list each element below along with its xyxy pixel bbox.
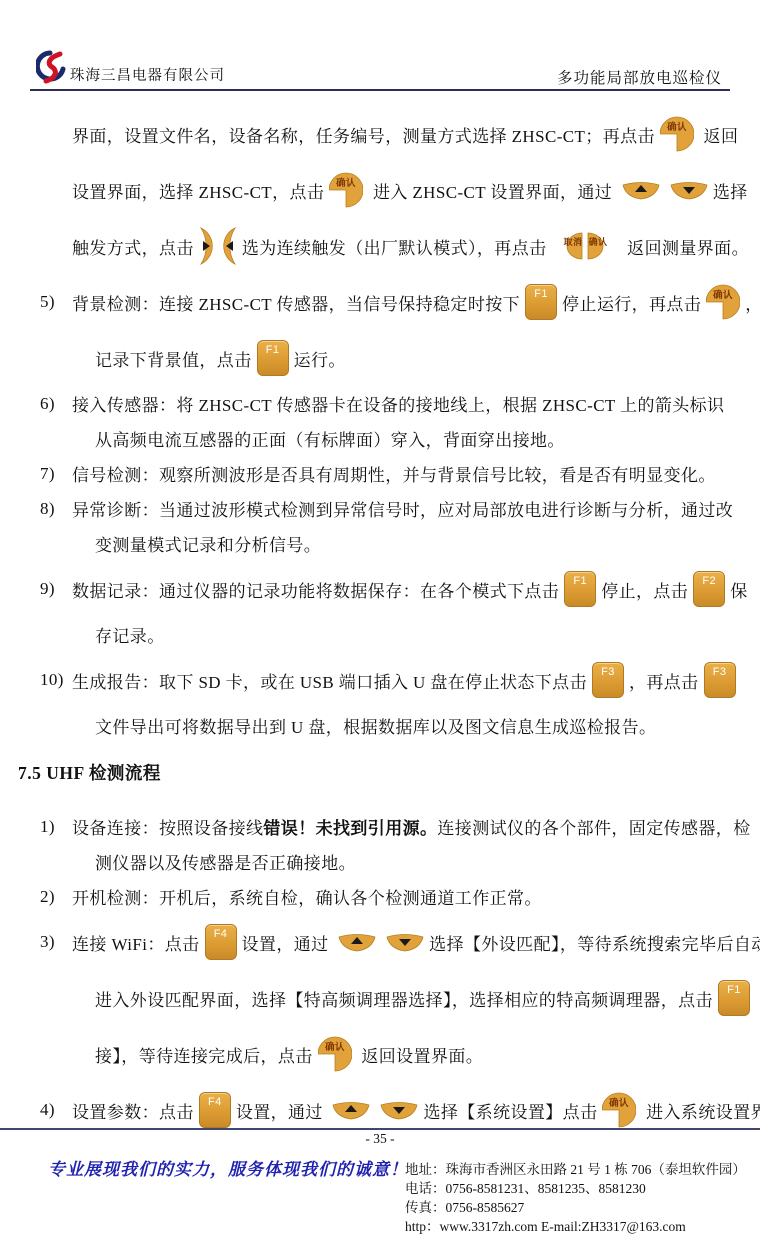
text-line: 从高频电流互感器的正面（有标牌面）穿入，背面穿出接地。 <box>0 421 760 456</box>
list-number: 5) <box>40 292 55 312</box>
company-logo-icon <box>36 50 66 91</box>
body-text: 从高频电流互感器的正面（有标牌面）穿入，背面穿出接地。 <box>95 426 565 451</box>
svg-text:确认: 确认 <box>588 236 607 247</box>
contact-phone: 电话：0756-8581231、8581235、8581230 <box>405 1179 746 1198</box>
contact-address: 地址：珠海市香洲区永田路 21 号 1 栋 706（泰坦软件园） <box>405 1160 746 1179</box>
list-item-line: 7)信号检测：观察所测波形是否具有周期性，并与背景信号比较，看是否有明显变化。 <box>0 456 760 491</box>
list-number: 10) <box>40 670 64 690</box>
body-text: 【连 <box>755 986 760 1011</box>
up-arrow-button-icon[interactable] <box>622 180 660 200</box>
body-text: 接入传感器：将 ZHSC-CT 传感器卡在设备的接地线上，根据 ZHSC-CT … <box>72 391 724 416</box>
body-text: 生成报告：取下 SD 卡，或在 USB 端口插入 U 盘在停止状态下点击 <box>72 668 587 693</box>
f1-key-icon[interactable]: F1 <box>257 340 289 376</box>
text-line: 记录下背景值，点击F1运行。 <box>0 330 760 386</box>
body-text: 返回测量界面。 <box>623 234 749 259</box>
body-text: 存记录。 <box>95 622 165 647</box>
list-number: 3) <box>40 932 55 952</box>
left-arrow-button-icon[interactable] <box>223 227 237 265</box>
text-line: 触发方式，点击 选为连续触发（出厂默认模式），再点击 取消 确认 返回测量界面。 <box>0 218 760 274</box>
cancel-confirm-buttons-icon[interactable]: 取消 确认 <box>552 231 618 261</box>
list-item-line: 6)接入传感器：将 ZHSC-CT 传感器卡在设备的接地线上，根据 ZHSC-C… <box>0 386 760 421</box>
body-text: 测仪器以及传感器是否正确接地。 <box>95 849 356 874</box>
text-line: 存记录。 <box>0 617 760 652</box>
body-text: 选择【外设匹配】，等待系统搜索完毕后自动 <box>429 930 760 955</box>
body-text: 开机检测：开机后，系统自检，确认各个检测通道工作正常。 <box>72 884 542 909</box>
body-text: ， <box>745 290 760 315</box>
text-line: 文件导出可将数据导出到 U 盘，根据数据库以及图文信息生成巡检报告。 <box>0 708 760 743</box>
text-line: 设置界面，选择 ZHSC-CT，点击 确认 进入 ZHSC-CT 设置界面，通过… <box>0 162 760 218</box>
body-text: 保 <box>730 577 747 602</box>
body-text: 返回 <box>699 122 738 147</box>
company-name: 珠海三昌电器有限公司 <box>70 64 225 85</box>
list-item-line: 5)背景检测：连接 ZHSC-CT 传感器，当信号保持稳定时按下F1停止运行，再… <box>0 274 760 330</box>
down-arrow-button-icon[interactable] <box>386 932 424 952</box>
header-divider <box>30 89 730 91</box>
list-number: 1) <box>40 817 55 837</box>
confirm-button-icon[interactable]: 确认 <box>602 1092 636 1128</box>
text-line: 测仪器以及传感器是否正确接地。 <box>0 844 760 879</box>
list-item-line: 8)异常诊断：当通过波形模式检测到异常信号时，应对局部放电进行诊断与分析，通过改 <box>0 491 760 526</box>
down-arrow-button-icon[interactable] <box>380 1100 418 1120</box>
list-item-line: 10)生成报告：取下 SD 卡，或在 USB 端口插入 U 盘在停止状态下点击F… <box>0 652 760 708</box>
body-text: 进入外设匹配界面，选择【特高频调理器选择】，选择相应的特高频调理器，点击 <box>95 986 713 1011</box>
body-text: 设备连接：按照设备接线 <box>72 814 263 839</box>
text-line: 变测量模式记录和分析信号。 <box>0 526 760 561</box>
body-text: 背景检测：连接 ZHSC-CT 传感器，当信号保持稳定时按下 <box>72 290 520 315</box>
confirm-button-icon[interactable]: 确认 <box>660 116 694 152</box>
text-line: 进入外设匹配界面，选择【特高频调理器选择】，选择相应的特高频调理器，点击F1【连 <box>0 970 760 1026</box>
list-item-line: 2)开机检测：开机后，系统自检，确认各个检测通道工作正常。 <box>0 879 760 914</box>
body-text: 选为连续触发（出厂默认模式），再点击 <box>242 234 547 259</box>
body-text: 接】，等待连接完成后，点击 <box>95 1042 313 1067</box>
svg-text:确认: 确认 <box>610 1097 630 1109</box>
body-text: 连接 WiFi：点击 <box>72 930 200 955</box>
f4-key-icon[interactable]: F4 <box>199 1092 231 1128</box>
list-item-line: 3)连接 WiFi：点击F4设置，通过 选择【外设匹配】，等待系统搜索完毕后自动 <box>0 914 760 970</box>
svg-text:确认: 确认 <box>336 177 356 189</box>
f3-key-icon[interactable]: F3 <box>704 662 736 698</box>
body-text: 选择 <box>713 178 748 203</box>
svg-text:取消: 取消 <box>563 236 582 247</box>
body-text: 变测量模式记录和分析信号。 <box>95 531 321 556</box>
list-number: 4) <box>40 1100 55 1120</box>
svg-text:确认: 确认 <box>713 289 733 301</box>
body-text: 设置界面，选择 ZHSC-CT，点击 <box>72 178 324 203</box>
f1-key-icon[interactable]: F1 <box>564 571 596 607</box>
confirm-button-icon[interactable]: 确认 <box>318 1036 352 1072</box>
f1-key-icon[interactable]: F1 <box>525 284 557 320</box>
footer-divider <box>0 1128 760 1130</box>
list-number: 8) <box>40 499 55 519</box>
body-text: 停止，点击 <box>601 577 688 602</box>
body-text: 记录下背景值，点击 <box>95 346 252 371</box>
body-text: 信号检测：观察所测波形是否具有周期性，并与背景信号比较，看是否有明显变化。 <box>72 461 716 486</box>
confirm-button-icon[interactable]: 确认 <box>706 284 740 320</box>
right-arrow-button-icon[interactable] <box>199 227 213 265</box>
up-arrow-button-icon[interactable] <box>338 932 376 952</box>
section-heading: 7.5 UHF 检测流程 <box>0 757 760 789</box>
f4-key-icon[interactable]: F4 <box>205 924 237 960</box>
bold-text: 错误！未找到引用源。 <box>263 814 437 839</box>
body-text: ，再点击 <box>629 668 699 693</box>
list-item-line: 9)数据记录：通过仪器的记录功能将数据保存：在各个模式下点击F1停止，点击F2保 <box>0 561 760 617</box>
contact-fax: 传真：0756-8585627 <box>405 1198 746 1217</box>
svg-text:确认: 确认 <box>325 1041 345 1053</box>
body-text: 异常诊断：当通过波形模式检测到异常信号时，应对局部放电进行诊断与分析，通过改 <box>72 496 733 521</box>
page-header: 珠海三昌电器有限公司 多功能局部放电巡检仪 <box>0 0 760 92</box>
text-line: 界面，设置文件名，设备名称，任务编号，测量方式选择 ZHSC-CT；再点击 确认… <box>0 106 760 162</box>
body-text: 连接测试仪的各个部件，固定传感器，检 <box>437 814 750 839</box>
f1-key-icon[interactable]: F1 <box>718 980 750 1016</box>
f3-key-icon[interactable]: F3 <box>592 662 624 698</box>
text-line: 接】，等待连接完成后，点击 确认 返回设置界面。 <box>0 1026 760 1082</box>
body-text: 选择【系统设置】点击 <box>423 1098 597 1123</box>
footer-contact-block: 地址：珠海市香洲区永田路 21 号 1 栋 706（泰坦软件园） 电话：0756… <box>405 1160 746 1235</box>
body-text: 界面，设置文件名，设备名称，任务编号，测量方式选择 ZHSC-CT；再点击 <box>72 122 655 147</box>
body-text: 触发方式，点击 <box>72 234 194 259</box>
f2-key-icon[interactable]: F2 <box>693 571 725 607</box>
body-text: 停止运行，再点击 <box>562 290 701 315</box>
contact-web[interactable]: http：www.3317zh.com E-mail:ZH3317@163.co… <box>405 1217 746 1235</box>
document-page: 珠海三昌电器有限公司 多功能局部放电巡检仪 界面，设置文件名，设备名称，任务编号… <box>0 0 760 1235</box>
body-text: 数据记录：通过仪器的记录功能将数据保存：在各个模式下点击 <box>72 577 559 602</box>
list-number: 7) <box>40 464 55 484</box>
body-text: 进入系统设置界 <box>641 1098 760 1123</box>
product-title: 多功能局部放电巡检仪 <box>557 66 722 88</box>
body-text: 设置参数：点击 <box>72 1098 194 1123</box>
list-number: 6) <box>40 394 55 414</box>
list-number: 2) <box>40 887 55 907</box>
body-text: 运行。 <box>294 346 346 371</box>
page-number: - 35 - <box>0 1131 760 1147</box>
down-arrow-button-icon[interactable] <box>670 180 708 200</box>
body-text: 进入 ZHSC-CT 设置界面，通过 <box>368 178 617 203</box>
list-item-line: 1)设备连接：按照设备接线错误！未找到引用源。连接测试仪的各个部件，固定传感器，… <box>0 809 760 844</box>
body-text: 设置，通过 <box>236 1098 328 1123</box>
footer-slogan: 专业展现我们的实力，服务体现我们的诚意！ <box>48 1155 408 1180</box>
up-arrow-button-icon[interactable] <box>332 1100 370 1120</box>
confirm-button-icon[interactable]: 确认 <box>329 172 363 208</box>
body-text: 文件导出可将数据导出到 U 盘，根据数据库以及图文信息生成巡检报告。 <box>95 713 656 738</box>
body-text: 设置，通过 <box>242 930 334 955</box>
body-text: 返回设置界面。 <box>357 1042 483 1067</box>
svg-text:确认: 确认 <box>667 121 687 133</box>
list-number: 9) <box>40 579 55 599</box>
document-body: 界面，设置文件名，设备名称，任务编号，测量方式选择 ZHSC-CT；再点击 确认… <box>0 106 760 1138</box>
